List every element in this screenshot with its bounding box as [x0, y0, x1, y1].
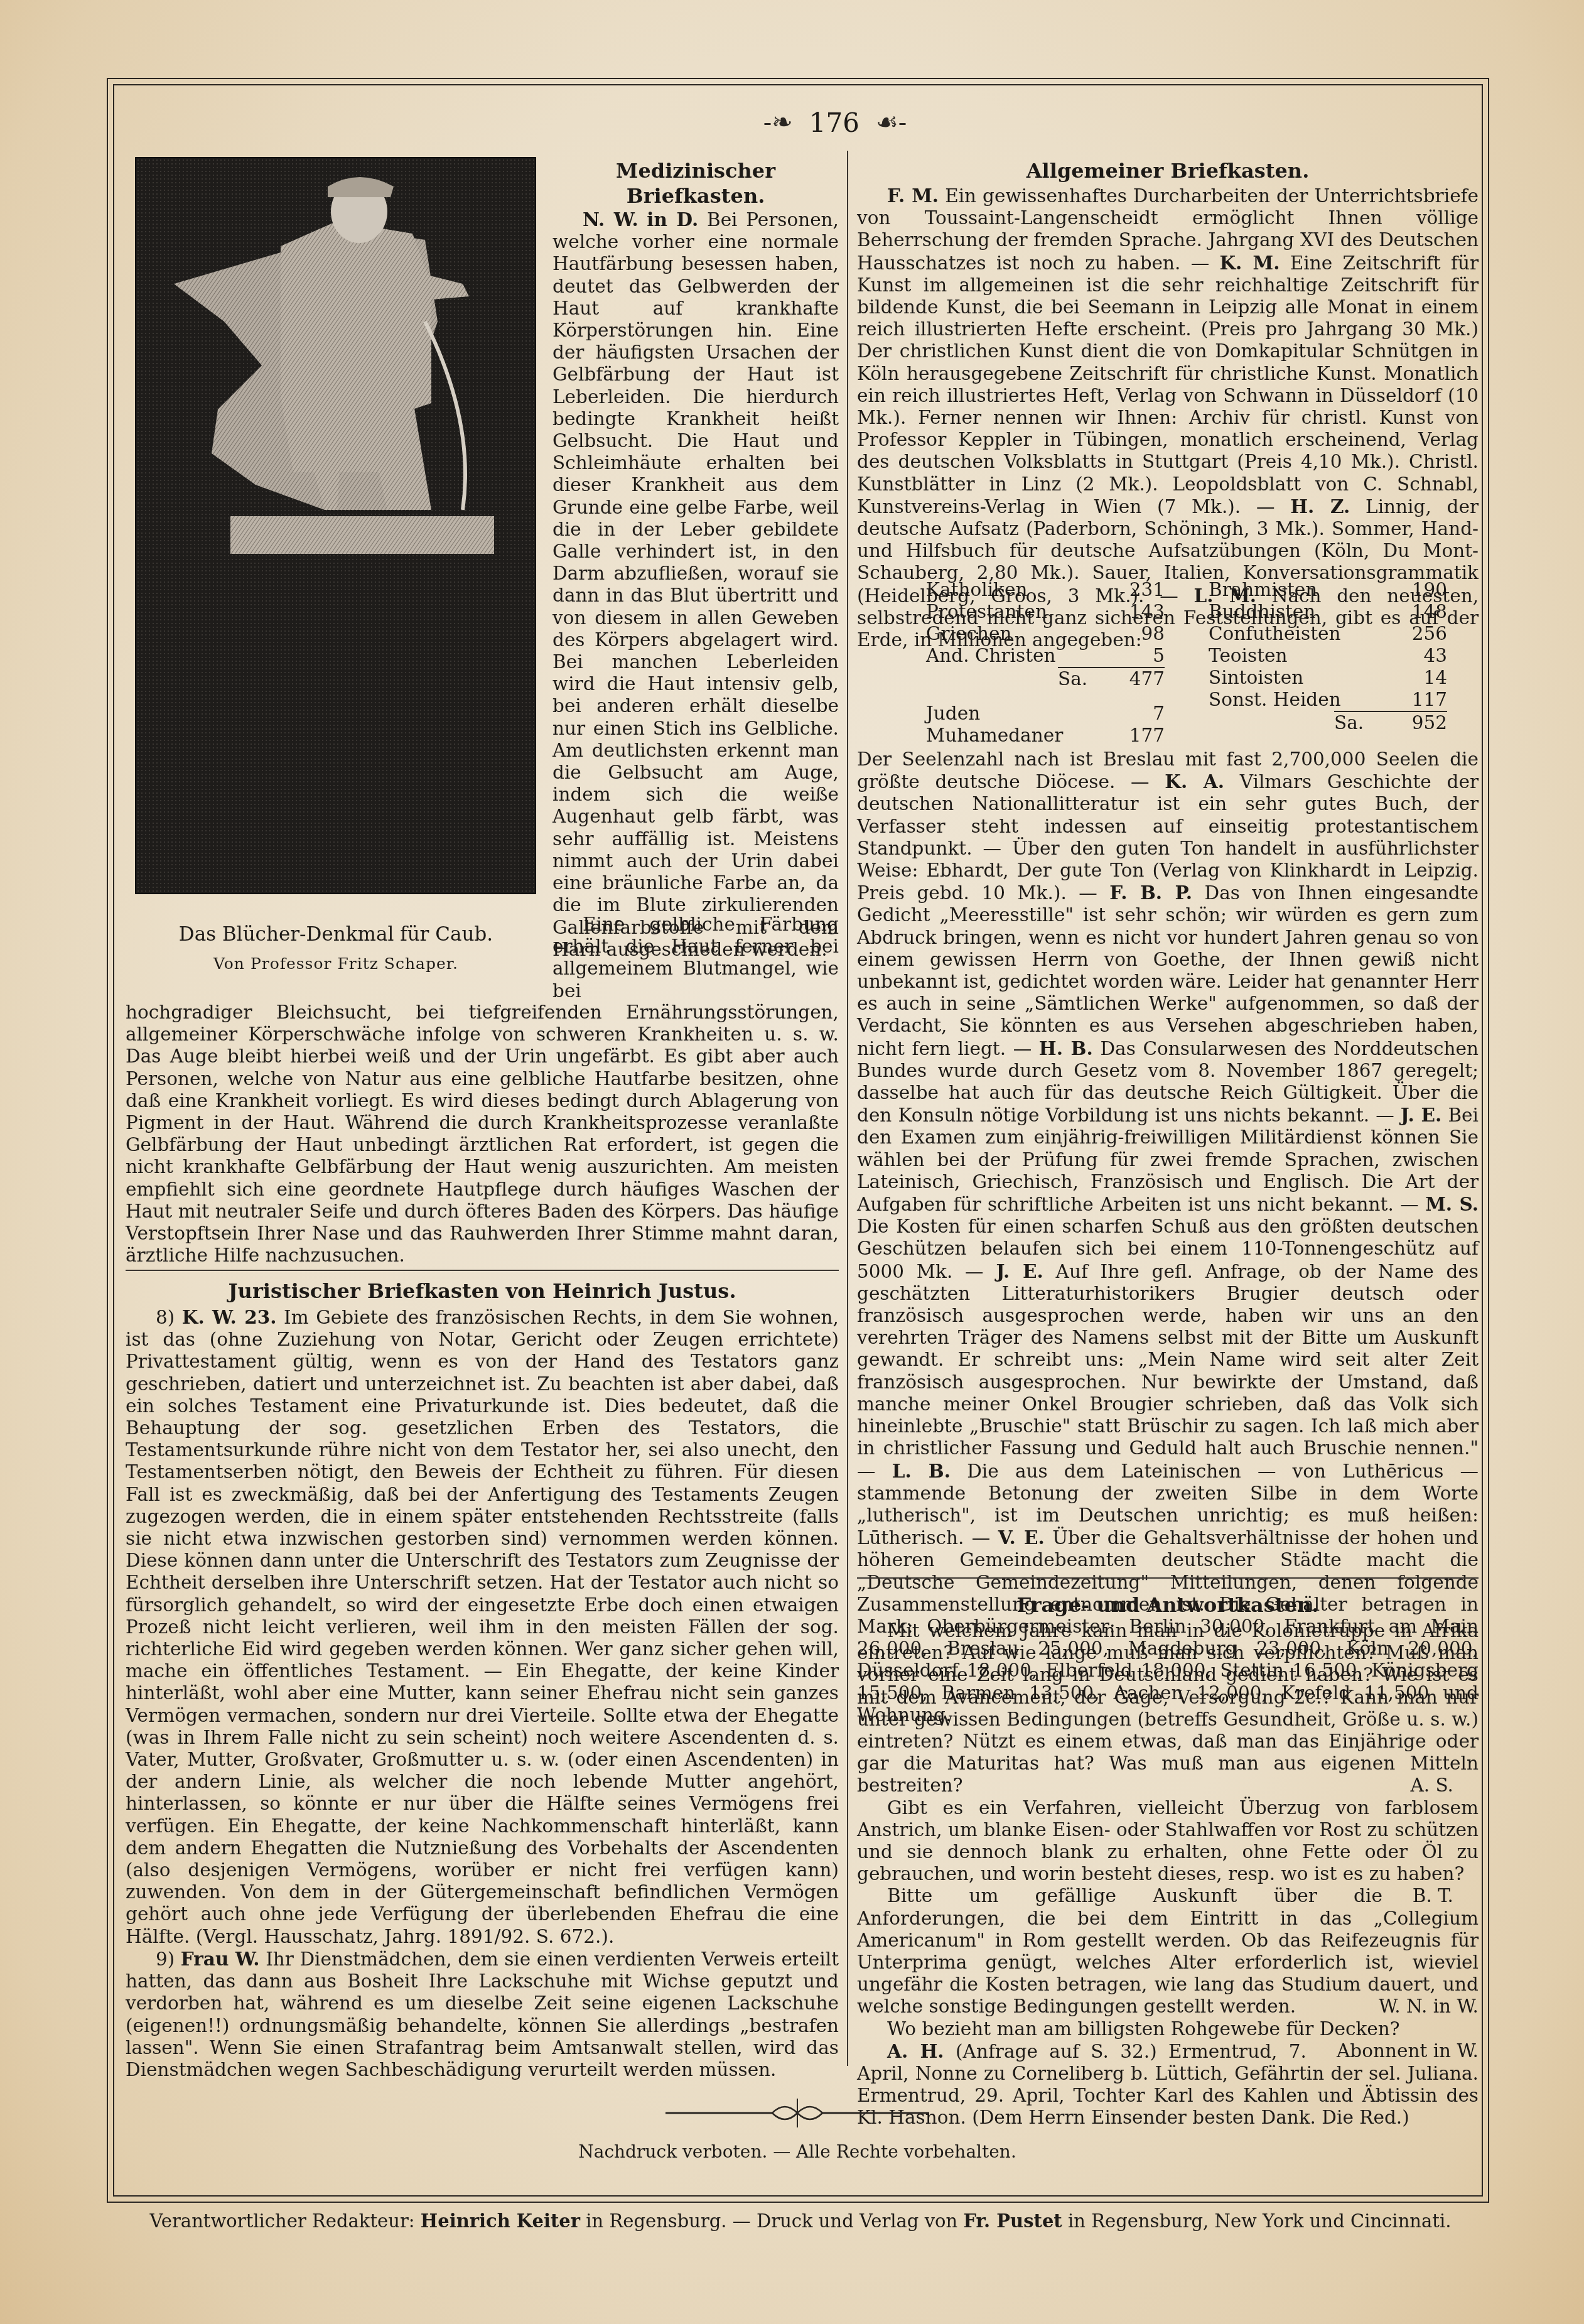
juristic-entry-9: 9) Frau W. Ihr Dienstmädchen, dem sie ei… — [126, 1948, 839, 2081]
religion-table-right: Brahmisten190 Buddhisten148 Confutheiste… — [1209, 579, 1447, 734]
figure-caption-title: Das Blücher-Denkmal für Caub. — [126, 923, 546, 946]
decorative-divider-icon — [665, 2097, 929, 2129]
qa-signature: W. N. in W. — [1349, 1996, 1479, 2018]
entry-addressee: V. E. — [998, 1527, 1045, 1548]
entry-body: Eine Zeitschrift für Kunst im allgemeine… — [857, 252, 1479, 517]
reprint-notice: Nachdruck verboten. — Alle Rechte vorbeh… — [439, 2141, 1155, 2162]
table-row: Buddhisten148 — [1209, 601, 1447, 623]
entry-addressee: K. W. 23. — [182, 1306, 277, 1328]
qa-item: Gibt es ein Verfahren, vielleicht Überzu… — [857, 1797, 1479, 1886]
general-section-title: Allgemeiner Briefkasten. — [857, 158, 1479, 183]
entry-addressee: J. E. — [996, 1260, 1043, 1282]
medical-section-full-width: hochgradiger Bleichsucht, bei tiefgreife… — [126, 1002, 839, 1267]
page-number: 176 — [809, 107, 859, 138]
entry-addressee: Frau W. — [181, 1948, 260, 1970]
juristic-entry-8: 8) K. W. 23. Im Gebiete des französische… — [126, 1306, 839, 1948]
table-row: And. Christen5 — [926, 645, 1165, 667]
statue-engraving-icon — [136, 158, 535, 893]
table-row: Sintoisten14 — [1209, 667, 1447, 689]
entry-addressee: M. S. — [1425, 1193, 1479, 1215]
entry-body: Das von Ihnen eingesandte Gedicht „Meere… — [857, 882, 1479, 1059]
page-header: -❧ 176 ☙- — [741, 104, 929, 141]
section-divider — [126, 1270, 839, 1271]
entry-body: Auf Ihre gefl. Anfrage, ob der Name des … — [857, 1261, 1479, 1459]
religion-statistics-table: Katholiken231 Protestanten143 Griechen98… — [857, 579, 1479, 749]
entry-addressee: J. E. — [1401, 1104, 1442, 1126]
entry-addressee: K. M. — [1219, 252, 1280, 274]
table-row: Muhamedaner177 — [926, 725, 1165, 747]
juristic-section: 8) K. W. 23. Im Gebiete des französische… — [126, 1306, 839, 2081]
entry-addressee: F. M. — [887, 185, 939, 207]
publisher-name: Fr. Pustet — [963, 2210, 1062, 2232]
medical-section-continued: Eine gelbliche Färbung erhält die Haut f… — [552, 914, 839, 1002]
qa-section: Mit welchem Jahre kann man in die Koloni… — [857, 1620, 1479, 2129]
bluecher-monument-illustration — [135, 157, 536, 894]
entry-number: 8) — [156, 1307, 175, 1328]
religion-table-left: Katholiken231 Protestanten143 Griechen98… — [926, 579, 1165, 747]
medical-section-title: Medizinischer Briefkasten. — [552, 158, 839, 208]
section-divider — [857, 1577, 1479, 1579]
table-row: Protestanten143 — [926, 601, 1165, 623]
table-row: Sonst. Heiden117 — [1209, 689, 1447, 711]
publisher-imprint: Verantwortlicher Redakteur: Heinrich Kei… — [113, 2210, 1488, 2232]
juristic-section-title: Juristischer Briefkasten von Heinrich Ju… — [126, 1278, 839, 1304]
medical-body-1: Bei Personen, welche vorher eine normale… — [552, 209, 839, 960]
entry-addressee: K. A. — [1165, 770, 1224, 792]
column-divider — [847, 151, 848, 2066]
entry-addressee: H. Z. — [1290, 495, 1350, 517]
entry-addressee: F. B. P. — [1109, 882, 1192, 904]
table-row: Brahmisten190 — [1209, 579, 1447, 601]
figure-caption-credit: Von Professor Fritz Schaper. — [126, 954, 546, 973]
table-sum-row: Sa.477 — [1058, 667, 1165, 690]
general-section-part2: Der Seelenzahl nach ist Breslau mit fast… — [857, 749, 1479, 1726]
table-sum-row: Sa.952 — [1334, 711, 1447, 734]
table-row: Teoisten43 — [1209, 645, 1447, 667]
table-row: Katholiken231 — [926, 579, 1165, 601]
medical-addressee: N. W. — [583, 208, 638, 230]
ornament-left-icon: -❧ — [763, 108, 793, 137]
entry-addressee: H. B. — [1039, 1037, 1093, 1059]
medical-addressee-place: in D. — [647, 208, 698, 230]
ornament-right-icon: ☙- — [876, 108, 907, 137]
qa-item: Mit welchem Jahre kann man in die Koloni… — [857, 1620, 1479, 1797]
table-row: Griechen98 — [926, 623, 1165, 645]
editor-name: Heinrich Keiter — [421, 2210, 580, 2232]
table-row: Confutheisten256 — [1209, 623, 1447, 645]
entry-body: Im Gebiete des französischen Rechts, in … — [126, 1307, 839, 1947]
qa-signature: Abonnent in W. — [1307, 2040, 1479, 2062]
entry-addressee: A. H. — [887, 2040, 944, 2062]
medical-body-3: hochgradiger Bleichsucht, bei tiefgreife… — [126, 1002, 839, 1267]
entry-number: 9) — [156, 1948, 175, 1970]
qa-signature: B. T. — [1382, 1885, 1453, 1907]
qa-item: Wo bezieht man am billigsten Rohgewebe f… — [857, 2018, 1479, 2040]
table-row: Juden7 — [926, 703, 1165, 725]
medical-section: Medizinischer Briefkasten. N. W. in D. B… — [552, 158, 839, 961]
entry-addressee: L. B. — [892, 1460, 951, 1482]
qa-signature: A. S. — [1380, 1775, 1453, 1797]
medical-body-2: Eine gelbliche Färbung erhält die Haut f… — [552, 914, 839, 1002]
qa-section-title: Frage- und Antwortkasten. — [857, 1592, 1479, 1618]
